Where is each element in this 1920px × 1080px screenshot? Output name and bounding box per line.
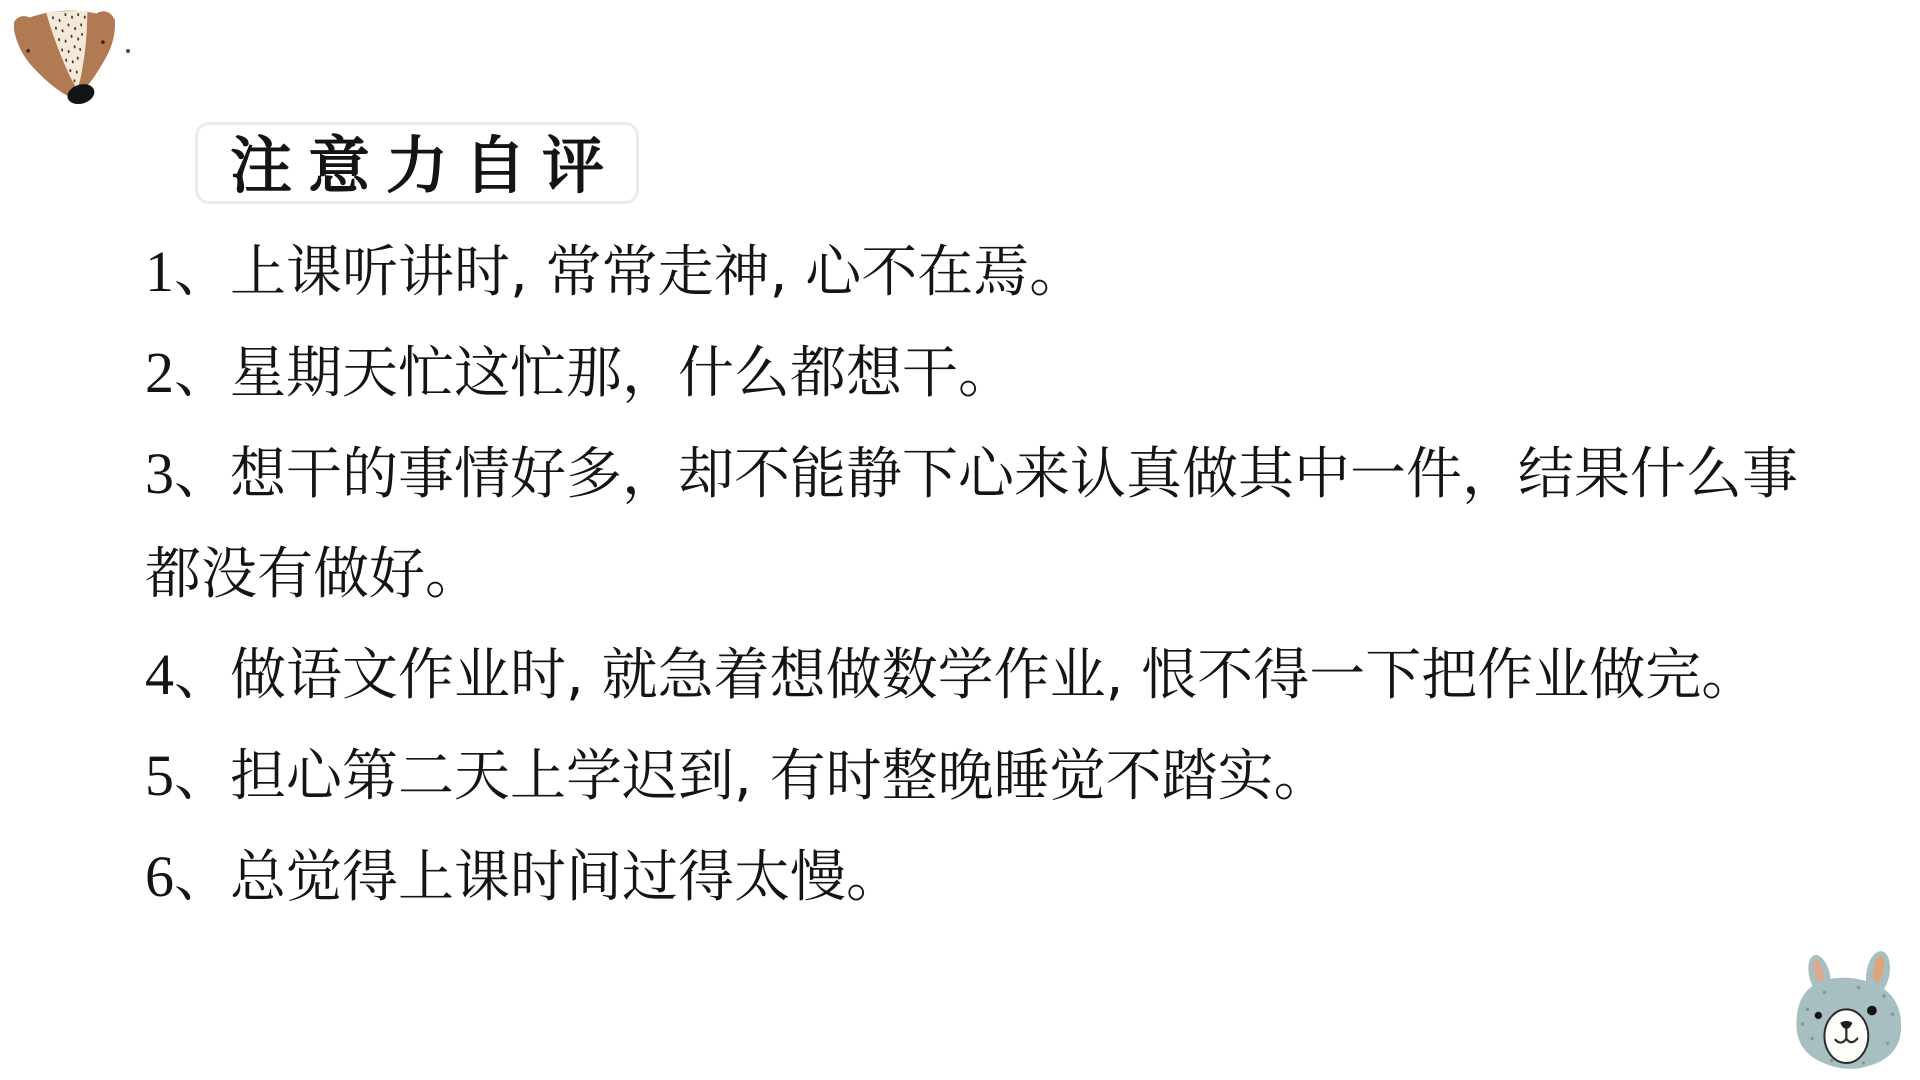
item-separator: 、 bbox=[174, 744, 230, 809]
stray-speckle-mark bbox=[126, 49, 130, 53]
item-number: 6 bbox=[145, 844, 174, 909]
item-number: 2 bbox=[145, 340, 174, 405]
item-separator: 、 bbox=[174, 845, 230, 910]
item-separator: 、 bbox=[174, 643, 230, 708]
item-text: 想干的事情好多，却不能静下心来认真做其中一件，结果什么事 都没有做好。 bbox=[145, 442, 1798, 607]
item-number: 4 bbox=[145, 642, 174, 707]
item-number: 5 bbox=[145, 743, 174, 808]
rabbit-icon bbox=[1782, 946, 1918, 1080]
slide-title-box: 注意力自评 bbox=[195, 122, 639, 204]
item-separator: 、 bbox=[174, 442, 230, 507]
item-number: 1 bbox=[145, 239, 174, 304]
self-assessment-list: 1、上课听讲时, 常常走神, 心不在焉。 2、星期天忙这忙那，什么都想干。 3、… bbox=[145, 222, 1875, 928]
list-item-5: 5、担心第二天上学迟到, 有时整晚睡觉不踏实。 bbox=[145, 726, 1875, 827]
hedgehog-icon bbox=[14, 4, 120, 110]
item-text: 总觉得上课时间过得太慢。 bbox=[230, 845, 902, 910]
item-text: 担心第二天上学迟到, 有时整晚睡觉不踏实。 bbox=[230, 744, 1330, 809]
list-item-2: 2、星期天忙这忙那，什么都想干。 bbox=[145, 323, 1875, 424]
item-text: 星期天忙这忙那，什么都想干。 bbox=[230, 341, 1014, 406]
item-text: 做语文作业时, 就急着想做数学作业, 恨不得一下把作业做完。 bbox=[230, 643, 1757, 708]
item-separator: 、 bbox=[174, 341, 230, 406]
item-separator: 、 bbox=[174, 240, 230, 305]
list-item-6: 6、总觉得上课时间过得太慢。 bbox=[145, 827, 1875, 928]
list-item-4: 4、做语文作业时, 就急着想做数学作业, 恨不得一下把作业做完。 bbox=[145, 625, 1875, 726]
presentation-slide: 注意力自评 1、上课听讲时, 常常走神, 心不在焉。 2、星期天忙这忙那，什么都… bbox=[0, 0, 1920, 1080]
list-item-1: 1、上课听讲时, 常常走神, 心不在焉。 bbox=[145, 222, 1875, 323]
list-item-3: 3、想干的事情好多，却不能静下心来认真做其中一件，结果什么事 都没有做好。 bbox=[145, 424, 1875, 625]
item-text: 上课听讲时, 常常走神, 心不在焉。 bbox=[230, 240, 1085, 305]
slide-title: 注意力自评 bbox=[230, 129, 620, 197]
item-number: 3 bbox=[145, 441, 174, 506]
